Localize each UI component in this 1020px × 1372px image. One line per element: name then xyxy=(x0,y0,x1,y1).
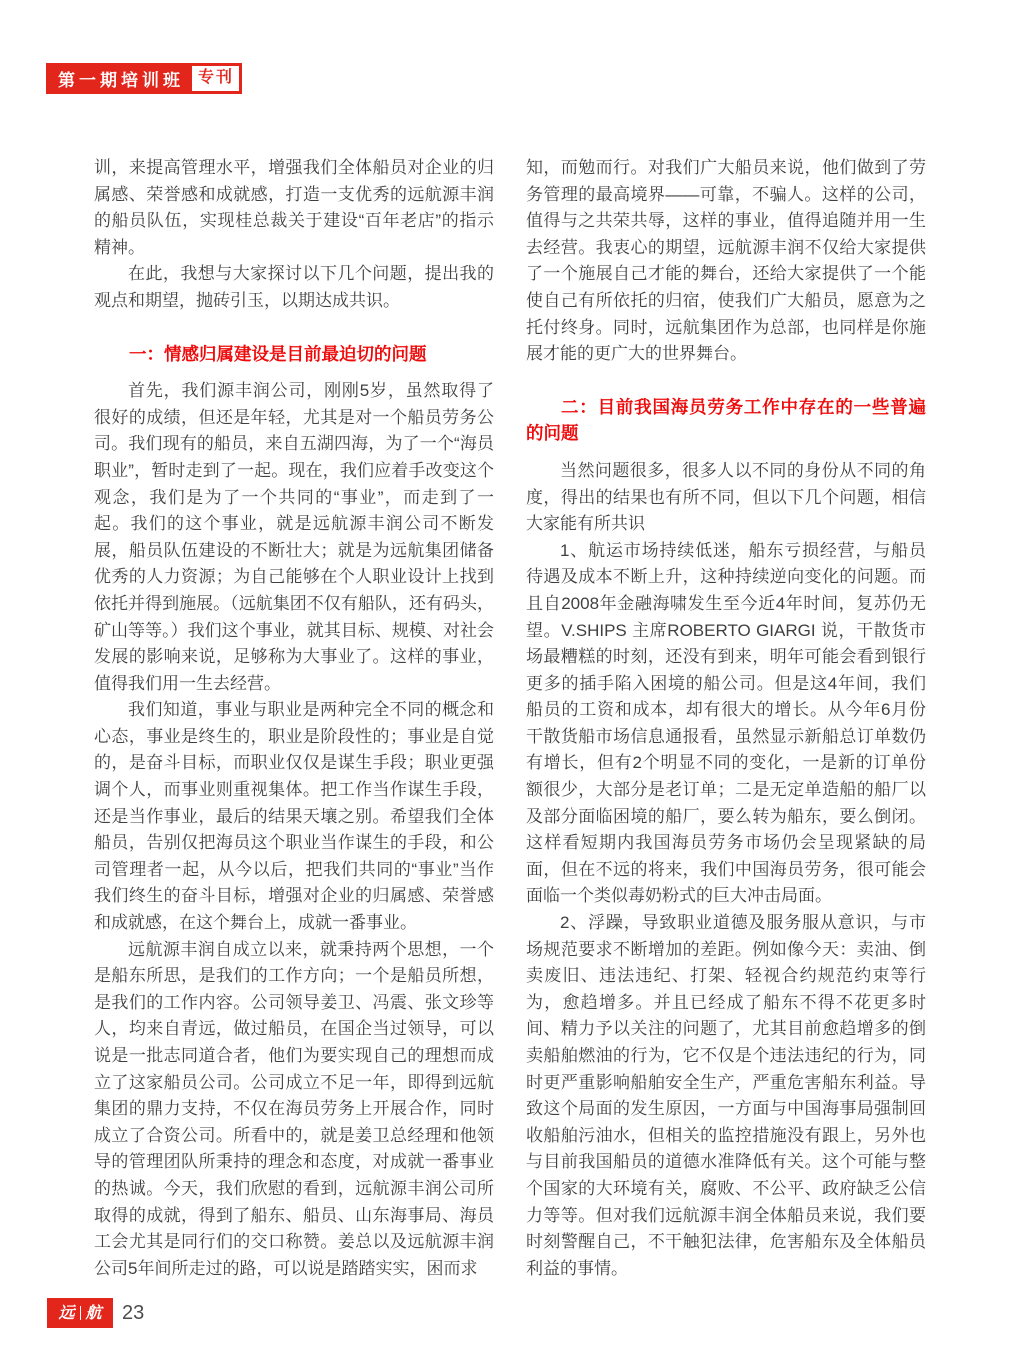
article-left-column: 训，来提高管理水平，增强我们全体船员对企业的归属感、荣誉感和成就感，打造一支优秀… xyxy=(94,155,494,1282)
paragraph: 当然问题很多，很多人以不同的身份从不同的角度，得出的结果也有所不同，但以下几个问… xyxy=(526,458,926,538)
yuanhang-logo: 远 航 xyxy=(47,1298,113,1328)
paragraph: 首先，我们源丰润公司，刚刚5岁，虽然取得了很好的成绩，但还是年轻，尤其是对一个船… xyxy=(94,378,494,697)
page-footer: 远 航 23 xyxy=(47,1298,144,1328)
issue-badge-tag: 专刊 xyxy=(192,66,239,91)
paragraph: 在此，我想与大家探讨以下几个问题，提出我的观点和期望，抛砖引玉，以期达成共识。 xyxy=(94,261,494,314)
page-number: 23 xyxy=(122,1302,144,1325)
logo-char-yuan: 远 xyxy=(58,1305,74,1321)
logo-char-hang: 航 xyxy=(86,1305,102,1321)
logo-divider xyxy=(80,1306,81,1320)
paragraph: 远航源丰润自成立以来，就秉持两个思想，一个是船东所思，是我们的工作方向；一个是船… xyxy=(94,937,494,1283)
paragraph: 1、航运市场持续低迷，船东亏损经营，与船员待遇及成本不断上升，这种持续逆向变化的… xyxy=(526,538,926,910)
paragraph: 2、浮躁，导致职业道德及服务服从意识，与市场规范要求不断增加的差距。例如像今天：… xyxy=(526,910,926,1282)
issue-badge-label: 第一期培训班 xyxy=(58,66,184,91)
paragraph: 我们知道，事业与职业是两种完全不同的概念和心态，事业是终生的，职业是阶段性的；事… xyxy=(94,697,494,936)
article-right-column: 知，而勉而行。对我们广大船员来说，他们做到了劳务管理的最高境界——可靠，不骗人。… xyxy=(526,155,926,1282)
section-heading-1: 一：情感归属建设是目前最迫切的问题 xyxy=(94,341,494,368)
paragraph: 知，而勉而行。对我们广大船员来说，他们做到了劳务管理的最高境界——可靠，不骗人。… xyxy=(526,155,926,368)
issue-badge: 第一期培训班 专刊 xyxy=(46,63,242,94)
paragraph: 训，来提高管理水平，增强我们全体船员对企业的归属感、荣誉感和成就感，打造一支优秀… xyxy=(94,155,494,261)
section-heading-2: 二：目前我国海员劳务工作中存在的一些普遍的问题 xyxy=(526,394,926,447)
